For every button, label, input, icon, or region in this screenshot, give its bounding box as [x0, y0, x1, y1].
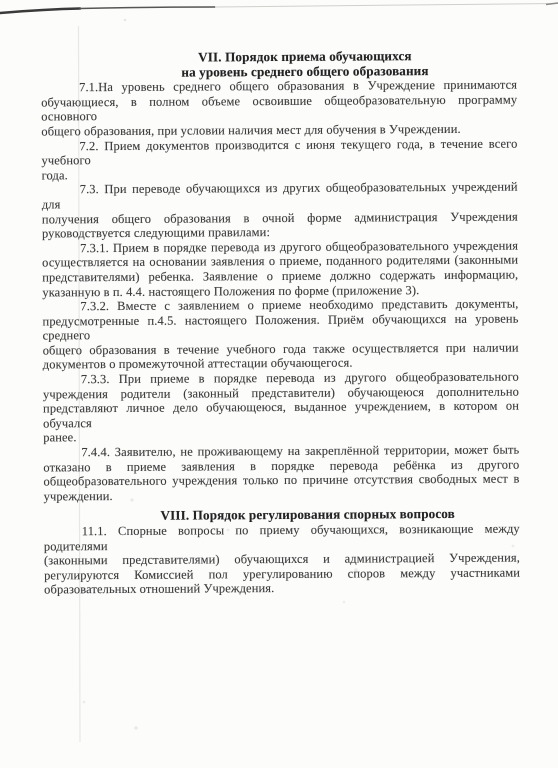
clause-7-1: 7.1.На уровень среднего общего образован… — [41, 78, 517, 139]
clause-7-2: 7.2. Прием документов производится с июн… — [41, 136, 517, 183]
text-line: образовательных отношений Учреждения. — [44, 580, 520, 598]
text-line: 7.2. Прием документов производится с июн… — [41, 136, 517, 168]
text-line: общеобразовательного учреждения только п… — [43, 472, 519, 490]
text-line: учреждении. — [44, 486, 520, 504]
scan-speck — [134, 726, 138, 730]
clause-7-3-1: 7.3.1. Прием в порядке перевода из друго… — [42, 238, 518, 299]
scanned-page: VII. Порядок приема обучающихсяна уровен… — [0, 0, 558, 768]
clause-7-3: 7.3. При переводе обучающихся из других … — [42, 180, 518, 241]
clause-11-1: 11.1. Спорные вопросы по приему обучающи… — [44, 522, 520, 598]
document-body: VII. Порядок приема обучающихсяна уровен… — [0, 0, 558, 598]
clause-7-3-3: 7.3.3. При приеме в порядке перевода из … — [43, 370, 519, 446]
text-line: представителями) ребенка. Заявление о пр… — [42, 267, 518, 285]
clause-7-3-2: 7.3.2. Вместе с заявлением о приеме необ… — [42, 297, 518, 373]
section-vii-heading: VII. Порядок приема обучающихсяна уровен… — [93, 49, 517, 81]
scan-speck — [343, 601, 346, 604]
scan-speck — [83, 701, 86, 704]
text-line: обучающиеся, в полном объеме освоившие о… — [41, 92, 517, 124]
text-line: получения общего образования в очной фор… — [42, 209, 518, 227]
text-line: представляют личное дело обучающеюся, вы… — [43, 399, 519, 431]
clause-7-4-4: 7.4.4. Заявителю, не проживающему на зак… — [43, 443, 519, 504]
text-line: 11.1. Спорные вопросы по приему обучающи… — [44, 522, 520, 554]
text-line: 7.3. При переводе обучающихся из других … — [42, 180, 518, 212]
text-line: предусмотренные п.4.5. настоящего Положе… — [42, 311, 518, 343]
